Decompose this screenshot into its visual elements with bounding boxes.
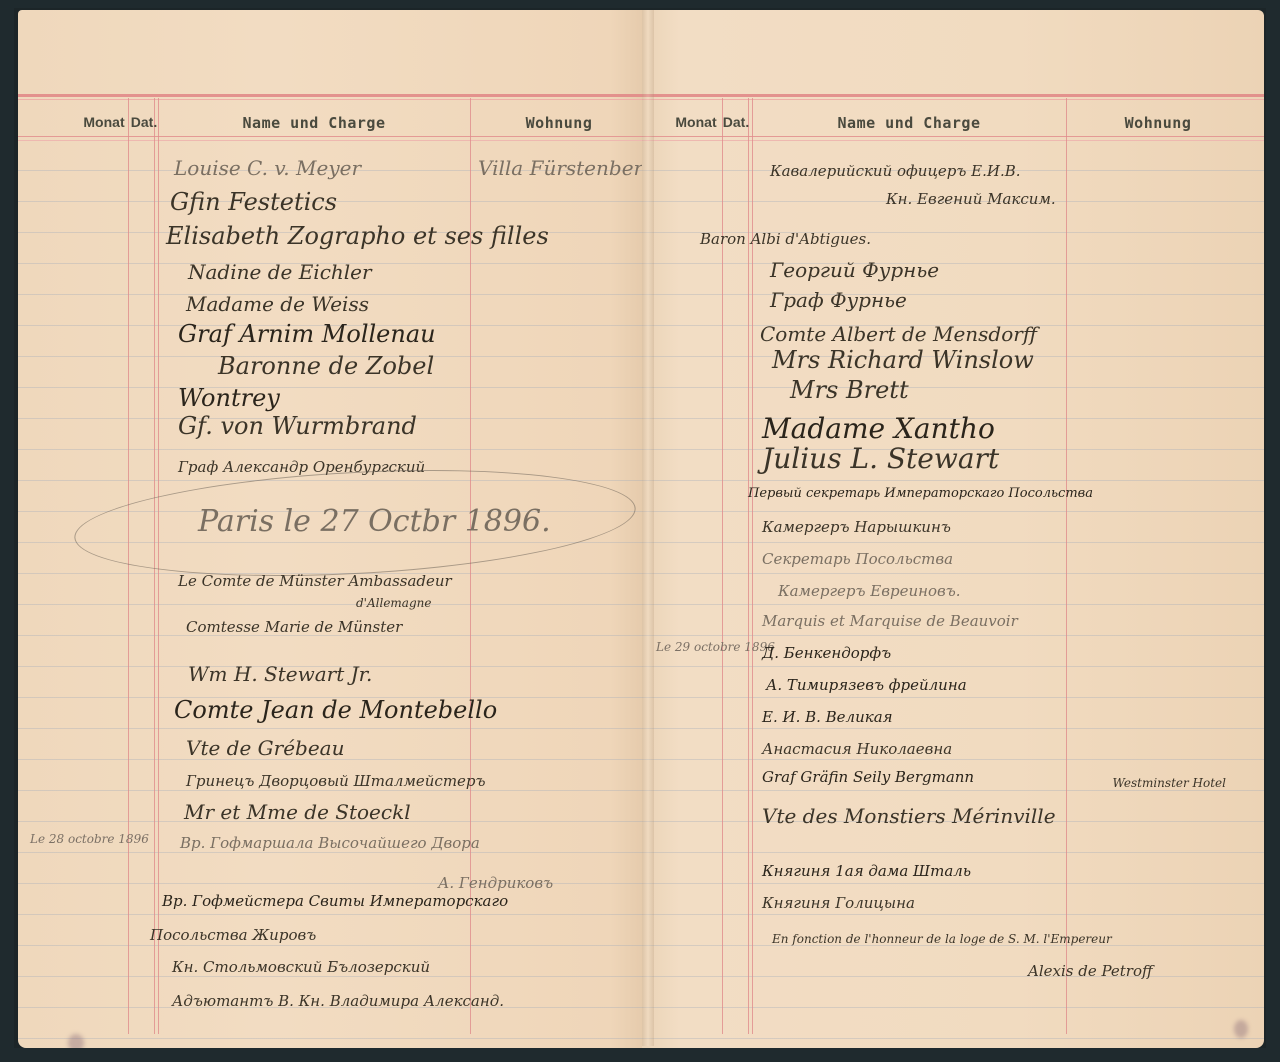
entry-name: Анастасия Николаевна [762,740,952,758]
entry-name: Вр. Гофмаршала Высочайшего Двора [180,834,480,852]
entry-name: Адъютантъ В. Кн. Владимира Александ. [172,992,504,1010]
entry-name: Mrs Brett [790,376,909,404]
entry-name: Кн. Стольмовский Бълозерский [172,958,430,976]
header-name: Name und Charge [752,114,1066,132]
entry-name: Comte Jean de Montebello [174,696,497,724]
margin-date-note: Le 28 octobre 1896 [30,832,149,846]
entry-name: Гринецъ Дворцовый Шталмейстеръ [186,772,486,790]
ledger-book: Monat Dat. Name und Charge Wohnung Louis… [14,8,1266,1048]
entry-name: Первый секретарь Императорскаго Посольст… [748,486,1093,501]
entry-name: Gf. von Wurmbrand [178,412,417,440]
entry-name: Vte des Monstiers Mérinville [762,804,1056,828]
entry-name: Baron Albi d'Abtigues. [700,230,871,248]
entry-name: Wm H. Stewart Jr. [188,662,372,686]
entry-name: Посольства Жировъ [150,926,316,944]
entry-name: Mrs Richard Winslow [772,346,1034,374]
right-page: Monat Dat. Name und Charge Wohnung Кавал… [642,10,1264,1048]
entry-name: Е. И. В. Великая [762,708,893,726]
entry-name: Le Comte de Münster Ambassadeur [178,572,452,590]
entry-name: Nadine de Eichler [188,260,372,284]
entry-name: Георгий Фурнье [770,258,939,282]
entry-name: Madame de Weiss [186,292,369,316]
entry-name: Madame Xantho [762,412,995,445]
entry-name: Louise C. v. Meyer [174,156,361,180]
entry-name: Comte Albert de Mensdorff [760,322,1037,346]
entry-name: Камергеръ Евреиновъ. [778,582,961,600]
entry-continuation: А. Гендриковъ [438,874,553,892]
entry-place-date: Paris le 27 Octbr 1896. [198,504,551,539]
ink-stain [1234,1020,1248,1038]
header-residence: Wohnung [470,114,648,132]
column-divider [128,98,129,1034]
book-spine [642,10,654,1046]
entry-continuation: d'Allemagne [356,596,431,610]
entry-name: Marquis et Marquise de Beauvoir [762,612,1018,630]
entry-name: Княгиня Голицына [762,894,915,912]
entry-name: Wontrey [178,384,280,412]
entry-name: Секретарь Посольства [762,550,953,568]
header-name: Name und Charge [158,114,470,132]
header-month: Monat [76,114,132,130]
entry-name: Julius L. Stewart [762,442,999,475]
entry-name: Кавалерийский офицеръ Е.И.В. [770,162,1021,180]
entry-name: Baronne de Zobel [218,352,434,380]
entry-residence: Villa Fürstenberg [478,156,648,180]
entry-name: Graf Arnim Mollenau [178,320,436,348]
entry-name: Граф Фурнье [770,288,907,312]
entry-name: Кн. Евгений Максим. [886,190,1056,208]
entry-name: En fonction de l'honneur de la loge de S… [772,932,1112,946]
entry-residence: Westminster Hotel [1086,776,1226,790]
entry-name: Вр. Гофмейстера Свиты Императорскаго [162,892,508,910]
entry-name: Камергеръ Нарышкинъ [762,518,951,536]
entry-name: Gfin Festetics [170,188,337,216]
margin-date-note: Le 29 octobre 1896 [656,640,775,654]
entry-signature: Alexis de Petroff [1028,962,1153,980]
entry-name: Graf Gräfin Seily Bergmann [762,768,974,786]
entry-name: А. Тимирязевъ фрейлина [766,676,967,694]
header-date: Dat. [130,114,158,130]
header-month: Monat [668,114,724,130]
entry-name: Mr et Mme de Stoeckl [184,800,411,824]
entry-name: Княгиня 1ая дама Шталь [762,862,971,880]
entry-name: Vte de Grébeau [186,736,345,760]
column-divider [1066,98,1067,1034]
entry-name: Д. Бенкендорфъ [762,644,891,662]
ink-stain [68,1034,84,1048]
header-date: Dat. [722,114,750,130]
header-residence: Wohnung [1066,114,1250,132]
entry-name: Elisabeth Zographo et ses filles [166,222,549,250]
left-page: Monat Dat. Name und Charge Wohnung Louis… [18,10,648,1048]
entry-name: Comtesse Marie de Münster [186,618,402,636]
